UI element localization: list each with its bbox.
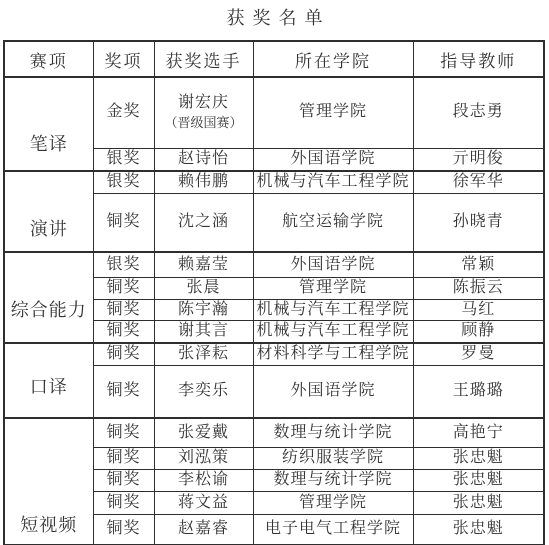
event-cell: 演讲	[4, 171, 93, 252]
winner-name: 刘泓策	[155, 448, 253, 469]
award-cell: 金奖	[93, 77, 154, 148]
event-label: 口译	[30, 376, 68, 399]
teacher-cell: 亓明俊	[413, 148, 544, 171]
award-cell: 铜奖	[93, 514, 154, 545]
winner-cell: 谢其言	[154, 321, 253, 343]
winner-name: 谢其言	[155, 321, 253, 342]
college-cell: 机械与汽车工程学院	[253, 321, 413, 343]
college-cell: 管理学院	[253, 277, 413, 299]
award-cell: 铜奖	[93, 447, 154, 469]
award-cell: 铜奖	[93, 365, 154, 418]
table-row: 综合能力银奖赖嘉莹外国语学院常颖	[4, 252, 544, 277]
event-label: 综合能力	[11, 299, 87, 322]
winner-name: 张泽耘	[155, 344, 253, 365]
table-row: 短视频铜奖张爱戴数理与统计学院高艳宁	[4, 418, 544, 447]
event-label: 笔译	[30, 133, 68, 156]
winner-note: （晋级国赛）	[155, 115, 253, 132]
table-row: 演讲银奖赖伟鹏机械与汽车工程学院徐军华	[4, 171, 544, 193]
teacher-cell: 罗曼	[413, 343, 544, 365]
college-cell: 外国语学院	[253, 252, 413, 277]
award-cell: 铜奖	[93, 343, 154, 365]
college-cell: 纺织服装学院	[253, 447, 413, 469]
winner-cell: 谢宏庆（晋级国赛）	[154, 77, 253, 148]
college-cell: 机械与汽车工程学院	[253, 299, 413, 321]
header-event: 赛项	[4, 41, 93, 77]
winner-cell: 张爱戴	[154, 418, 253, 447]
teacher-cell: 张忠魁	[413, 491, 544, 514]
table-row: 笔译金奖谢宏庆（晋级国赛）管理学院段志勇	[4, 77, 544, 148]
page-title: 获奖名单	[0, 0, 549, 40]
award-cell: 铜奖	[93, 491, 154, 514]
college-cell: 管理学院	[253, 77, 413, 148]
event-label: 短视频	[20, 514, 77, 537]
winner-cell: 赖伟鹏	[154, 171, 253, 193]
teacher-cell: 孙晓青	[413, 193, 544, 252]
event-cell: 笔译	[4, 77, 93, 171]
award-cell: 铜奖	[93, 299, 154, 321]
college-cell: 电子电气工程学院	[253, 514, 413, 545]
teacher-cell: 徐军华	[413, 171, 544, 193]
winner-cell: 刘泓策	[154, 447, 253, 469]
winner-name: 沈之涵	[155, 212, 253, 233]
teacher-cell: 张忠魁	[413, 514, 544, 545]
winner-name: 赖伟鹏	[155, 172, 253, 193]
winner-cell: 张泽耘	[154, 343, 253, 365]
award-cell: 银奖	[93, 171, 154, 193]
teacher-cell: 顾静	[413, 321, 544, 343]
teacher-cell: 王璐璐	[413, 365, 544, 418]
winner-name: 赵嘉睿	[155, 519, 253, 540]
teacher-cell: 常颖	[413, 252, 544, 277]
winner-name: 蒋文益	[155, 493, 253, 514]
header-teacher: 指导教师	[413, 41, 544, 77]
college-cell: 数理与统计学院	[253, 469, 413, 491]
teacher-cell: 高艳宁	[413, 418, 544, 447]
winner-cell: 李松谕	[154, 469, 253, 491]
event-cell: 综合能力	[4, 252, 93, 343]
teacher-cell: 张忠魁	[413, 447, 544, 469]
winner-name: 张爱戴	[155, 423, 253, 444]
college-cell: 机械与汽车工程学院	[253, 171, 413, 193]
awards-table: 赛项 奖项 获奖选手 所在学院 指导教师 笔译金奖谢宏庆（晋级国赛）管理学院段志…	[3, 40, 545, 545]
award-cell: 铜奖	[93, 277, 154, 299]
winner-name: 赵诗怡	[155, 149, 253, 170]
winner-name: 李松谕	[155, 470, 253, 491]
winner-cell: 陈宇瀚	[154, 299, 253, 321]
winner-name: 赖嘉莹	[155, 255, 253, 276]
winner-name: 陈宇瀚	[155, 300, 253, 321]
winner-cell: 沈之涵	[154, 193, 253, 252]
teacher-cell: 陈振云	[413, 277, 544, 299]
award-cell: 银奖	[93, 252, 154, 277]
header-row: 赛项 奖项 获奖选手 所在学院 指导教师	[4, 41, 544, 77]
college-cell: 管理学院	[253, 491, 413, 514]
award-cell: 铜奖	[93, 193, 154, 252]
college-cell: 外国语学院	[253, 148, 413, 171]
award-cell: 铜奖	[93, 321, 154, 343]
event-cell: 短视频	[4, 418, 93, 545]
winner-name: 张晨	[155, 278, 253, 299]
winner-name: 李奕乐	[155, 381, 253, 402]
college-cell: 材料科学与工程学院	[253, 343, 413, 365]
teacher-cell: 段志勇	[413, 77, 544, 148]
award-cell: 银奖	[93, 148, 154, 171]
winner-cell: 赵嘉睿	[154, 514, 253, 545]
table-row: 口译铜奖张泽耘材料科学与工程学院罗曼	[4, 343, 544, 365]
award-cell: 铜奖	[93, 418, 154, 447]
winner-cell: 赵诗怡	[154, 148, 253, 171]
header-college: 所在学院	[253, 41, 413, 77]
table-header: 赛项 奖项 获奖选手 所在学院 指导教师	[4, 41, 544, 77]
event-label: 演讲	[30, 218, 68, 241]
teacher-cell: 张忠魁	[413, 469, 544, 491]
winner-cell: 李奕乐	[154, 365, 253, 418]
header-award: 奖项	[93, 41, 154, 77]
award-cell: 铜奖	[93, 469, 154, 491]
college-cell: 外国语学院	[253, 365, 413, 418]
winner-cell: 蒋文益	[154, 491, 253, 514]
college-cell: 航空运输学院	[253, 193, 413, 252]
winner-cell: 张晨	[154, 277, 253, 299]
winner-name: 谢宏庆	[155, 93, 253, 114]
college-cell: 数理与统计学院	[253, 418, 413, 447]
teacher-cell: 马红	[413, 299, 544, 321]
winner-cell: 赖嘉莹	[154, 252, 253, 277]
table-body: 笔译金奖谢宏庆（晋级国赛）管理学院段志勇银奖赵诗怡外国语学院亓明俊演讲银奖赖伟鹏…	[4, 77, 544, 545]
event-cell: 口译	[4, 343, 93, 418]
header-winner: 获奖选手	[154, 41, 253, 77]
